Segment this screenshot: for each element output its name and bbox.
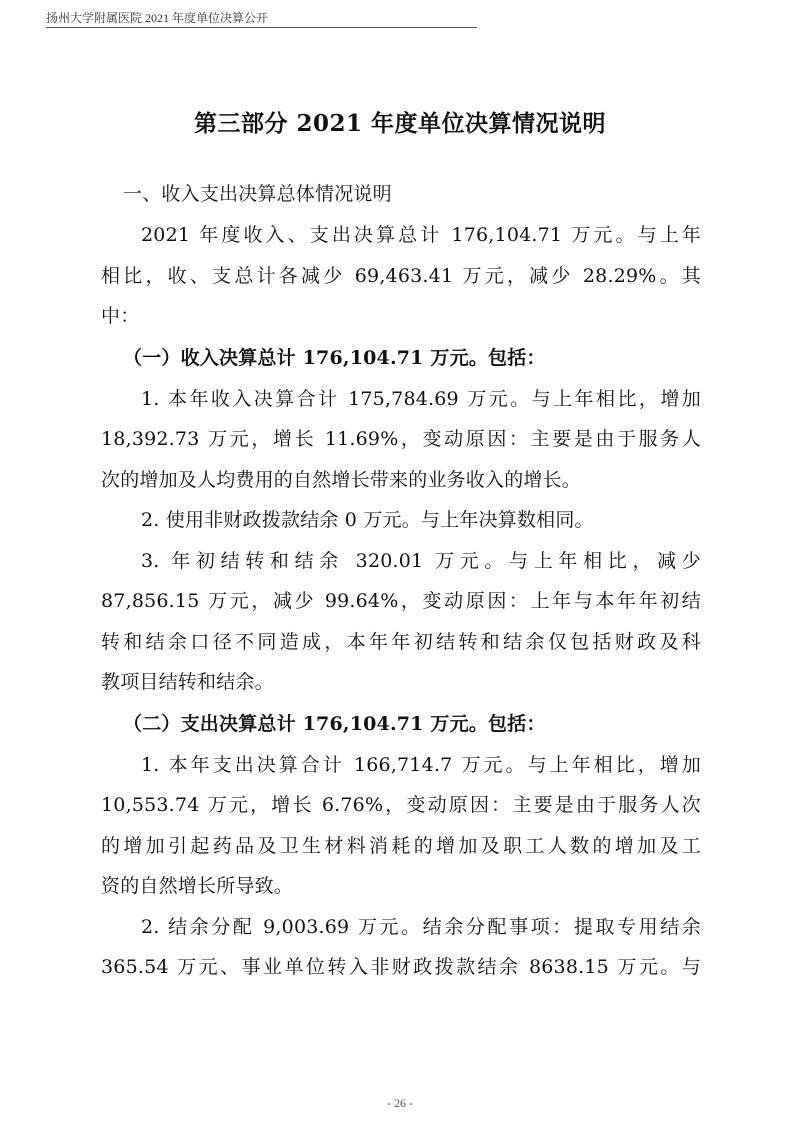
text-line: 2. 结余分配 9,003.69 万元。结余分配事项：提取专用结余: [101, 907, 701, 948]
document-body: 一、收入支出决算总体情况说明 2021 年度收入、支出决算总计 176,104.…: [101, 173, 701, 988]
text-line: 教项目结转和结余。: [101, 662, 701, 703]
section-heading-overview: 一、收入支出决算总体情况说明: [101, 173, 701, 215]
text-line: 87,856.15 万元，减少 99.64%，变动原因：上年与本年年初结: [101, 581, 701, 622]
text-line: 2021 年度收入、支出决算总计 176,104.71 万元。与上年: [101, 215, 701, 256]
paragraph-overview: 2021 年度收入、支出决算总计 176,104.71 万元。与上年 相比，收、…: [101, 215, 701, 337]
text-line: 转和结余口径不同造成，本年年初结转和结余仅包括财政及科: [101, 622, 701, 663]
paragraph-expenditure-item-2: 2. 结余分配 9,003.69 万元。结余分配事项：提取专用结余 365.54…: [101, 907, 701, 988]
text-line: 2. 使用非财政拨款结余 0 万元。与上年决算数相同。: [101, 500, 701, 541]
paragraph-income-item-3: 3. 年初结转和结余 320.01 万元。与上年相比，减少 87,856.15 …: [101, 541, 701, 703]
paragraph-income-item-2: 2. 使用非财政拨款结余 0 万元。与上年决算数相同。: [101, 500, 701, 541]
text-line: 1. 本年收入决算合计 175,784.69 万元。与上年相比，增加: [101, 379, 701, 420]
text-line: 18,392.73 万元，增长 11.69%，变动原因：主要是由于服务人: [101, 419, 701, 460]
text-line: 3. 年初结转和结余 320.01 万元。与上年相比，减少: [101, 541, 701, 582]
paragraph-income-item-1: 1. 本年收入决算合计 175,784.69 万元。与上年相比，增加 18,39…: [101, 379, 701, 501]
text-line: 相比，收、支总计各减少 69,463.41 万元，减少 28.29%。其: [101, 256, 701, 297]
header-divider: [46, 27, 477, 28]
text-line: 次的增加及人均费用的自然增长带来的业务收入的增长。: [101, 460, 701, 501]
subsection-heading-income: （一）收入决算总计 176,104.71 万元。包括：: [101, 337, 701, 379]
text-line: 资的自然增长所导致。: [101, 866, 701, 907]
text-line: 中：: [101, 296, 701, 337]
text-line: 的增加引起药品及卫生材料消耗的增加及职工人数的增加及工: [101, 826, 701, 867]
text-line: 10,553.74 万元，增长 6.76%，变动原因：主要是由于服务人次: [101, 785, 701, 826]
subsection-heading-expenditure: （二）支出决算总计 176,104.71 万元。包括：: [101, 703, 701, 745]
page-header: 扬州大学附属医院 2021 年度单位决算公开: [46, 8, 477, 28]
text-line: 365.54 万元、事业单位转入非财政拨款结余 8638.15 万元。与: [101, 947, 701, 988]
text-line: 1. 本年支出决算合计 166,714.7 万元。与上年相比，增加: [101, 745, 701, 786]
page-title: 第三部分 2021 年度单位决算情况说明: [0, 106, 800, 142]
page-number: - 26 -: [0, 1094, 800, 1112]
paragraph-expenditure-item-1: 1. 本年支出决算合计 166,714.7 万元。与上年相比，增加 10,553…: [101, 745, 701, 907]
